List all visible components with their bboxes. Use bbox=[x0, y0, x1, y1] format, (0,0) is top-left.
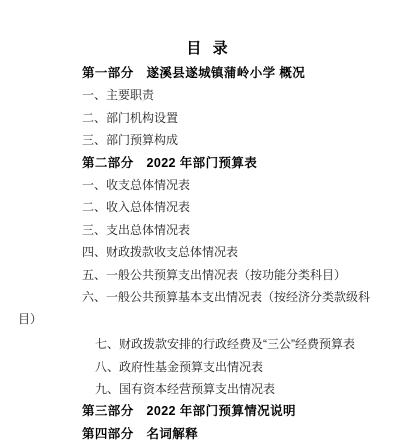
toc-entry: 七、财政拨款安排的行政经费及“三公”经费预算表 bbox=[95, 333, 415, 355]
toc-entry-continuation: 目） bbox=[18, 308, 415, 330]
toc-entry: 一、收支总体情况表 bbox=[82, 174, 415, 196]
toc-section-heading: 第三部分 2022 年部门预算情况说明 bbox=[82, 400, 415, 422]
toc-entry: 二、收入总体情况表 bbox=[82, 196, 415, 218]
toc-entry: 三、部门预算构成 bbox=[82, 129, 415, 151]
toc-entry: 八、政府性基金预算支出情况表 bbox=[95, 356, 415, 378]
toc-section-heading: 第一部分 遂溪县遂城镇蒲岭小学 概况 bbox=[82, 62, 415, 84]
toc-entry: 二、部门机构设置 bbox=[82, 107, 415, 129]
toc-entry: 六、一般公共预算基本支出情况表（按经济分类款级科 bbox=[82, 286, 415, 308]
toc-entry: 三、支出总体情况表 bbox=[82, 219, 415, 241]
toc-entry: 九、国有资本经营预算支出情况表 bbox=[95, 378, 415, 400]
document-page: 目 录 第一部分 遂溪县遂城镇蒲岭小学 概况 一、主要职责 二、部门机构设置 三… bbox=[0, 0, 415, 444]
toc-entry: 四、财政拨款收支总体情况表 bbox=[82, 241, 415, 263]
toc-entry: 五、一般公共预算支出情况表（按功能分类科目） bbox=[82, 264, 415, 286]
page-title: 目 录 bbox=[0, 40, 415, 58]
toc-section-heading: 第四部分 名词解释 bbox=[82, 423, 415, 444]
toc-section-heading: 第二部分 2022 年部门预算表 bbox=[82, 152, 415, 174]
toc-list: 第一部分 遂溪县遂城镇蒲岭小学 概况 一、主要职责 二、部门机构设置 三、部门预… bbox=[0, 62, 415, 444]
toc-entry: 一、主要职责 bbox=[82, 84, 415, 106]
